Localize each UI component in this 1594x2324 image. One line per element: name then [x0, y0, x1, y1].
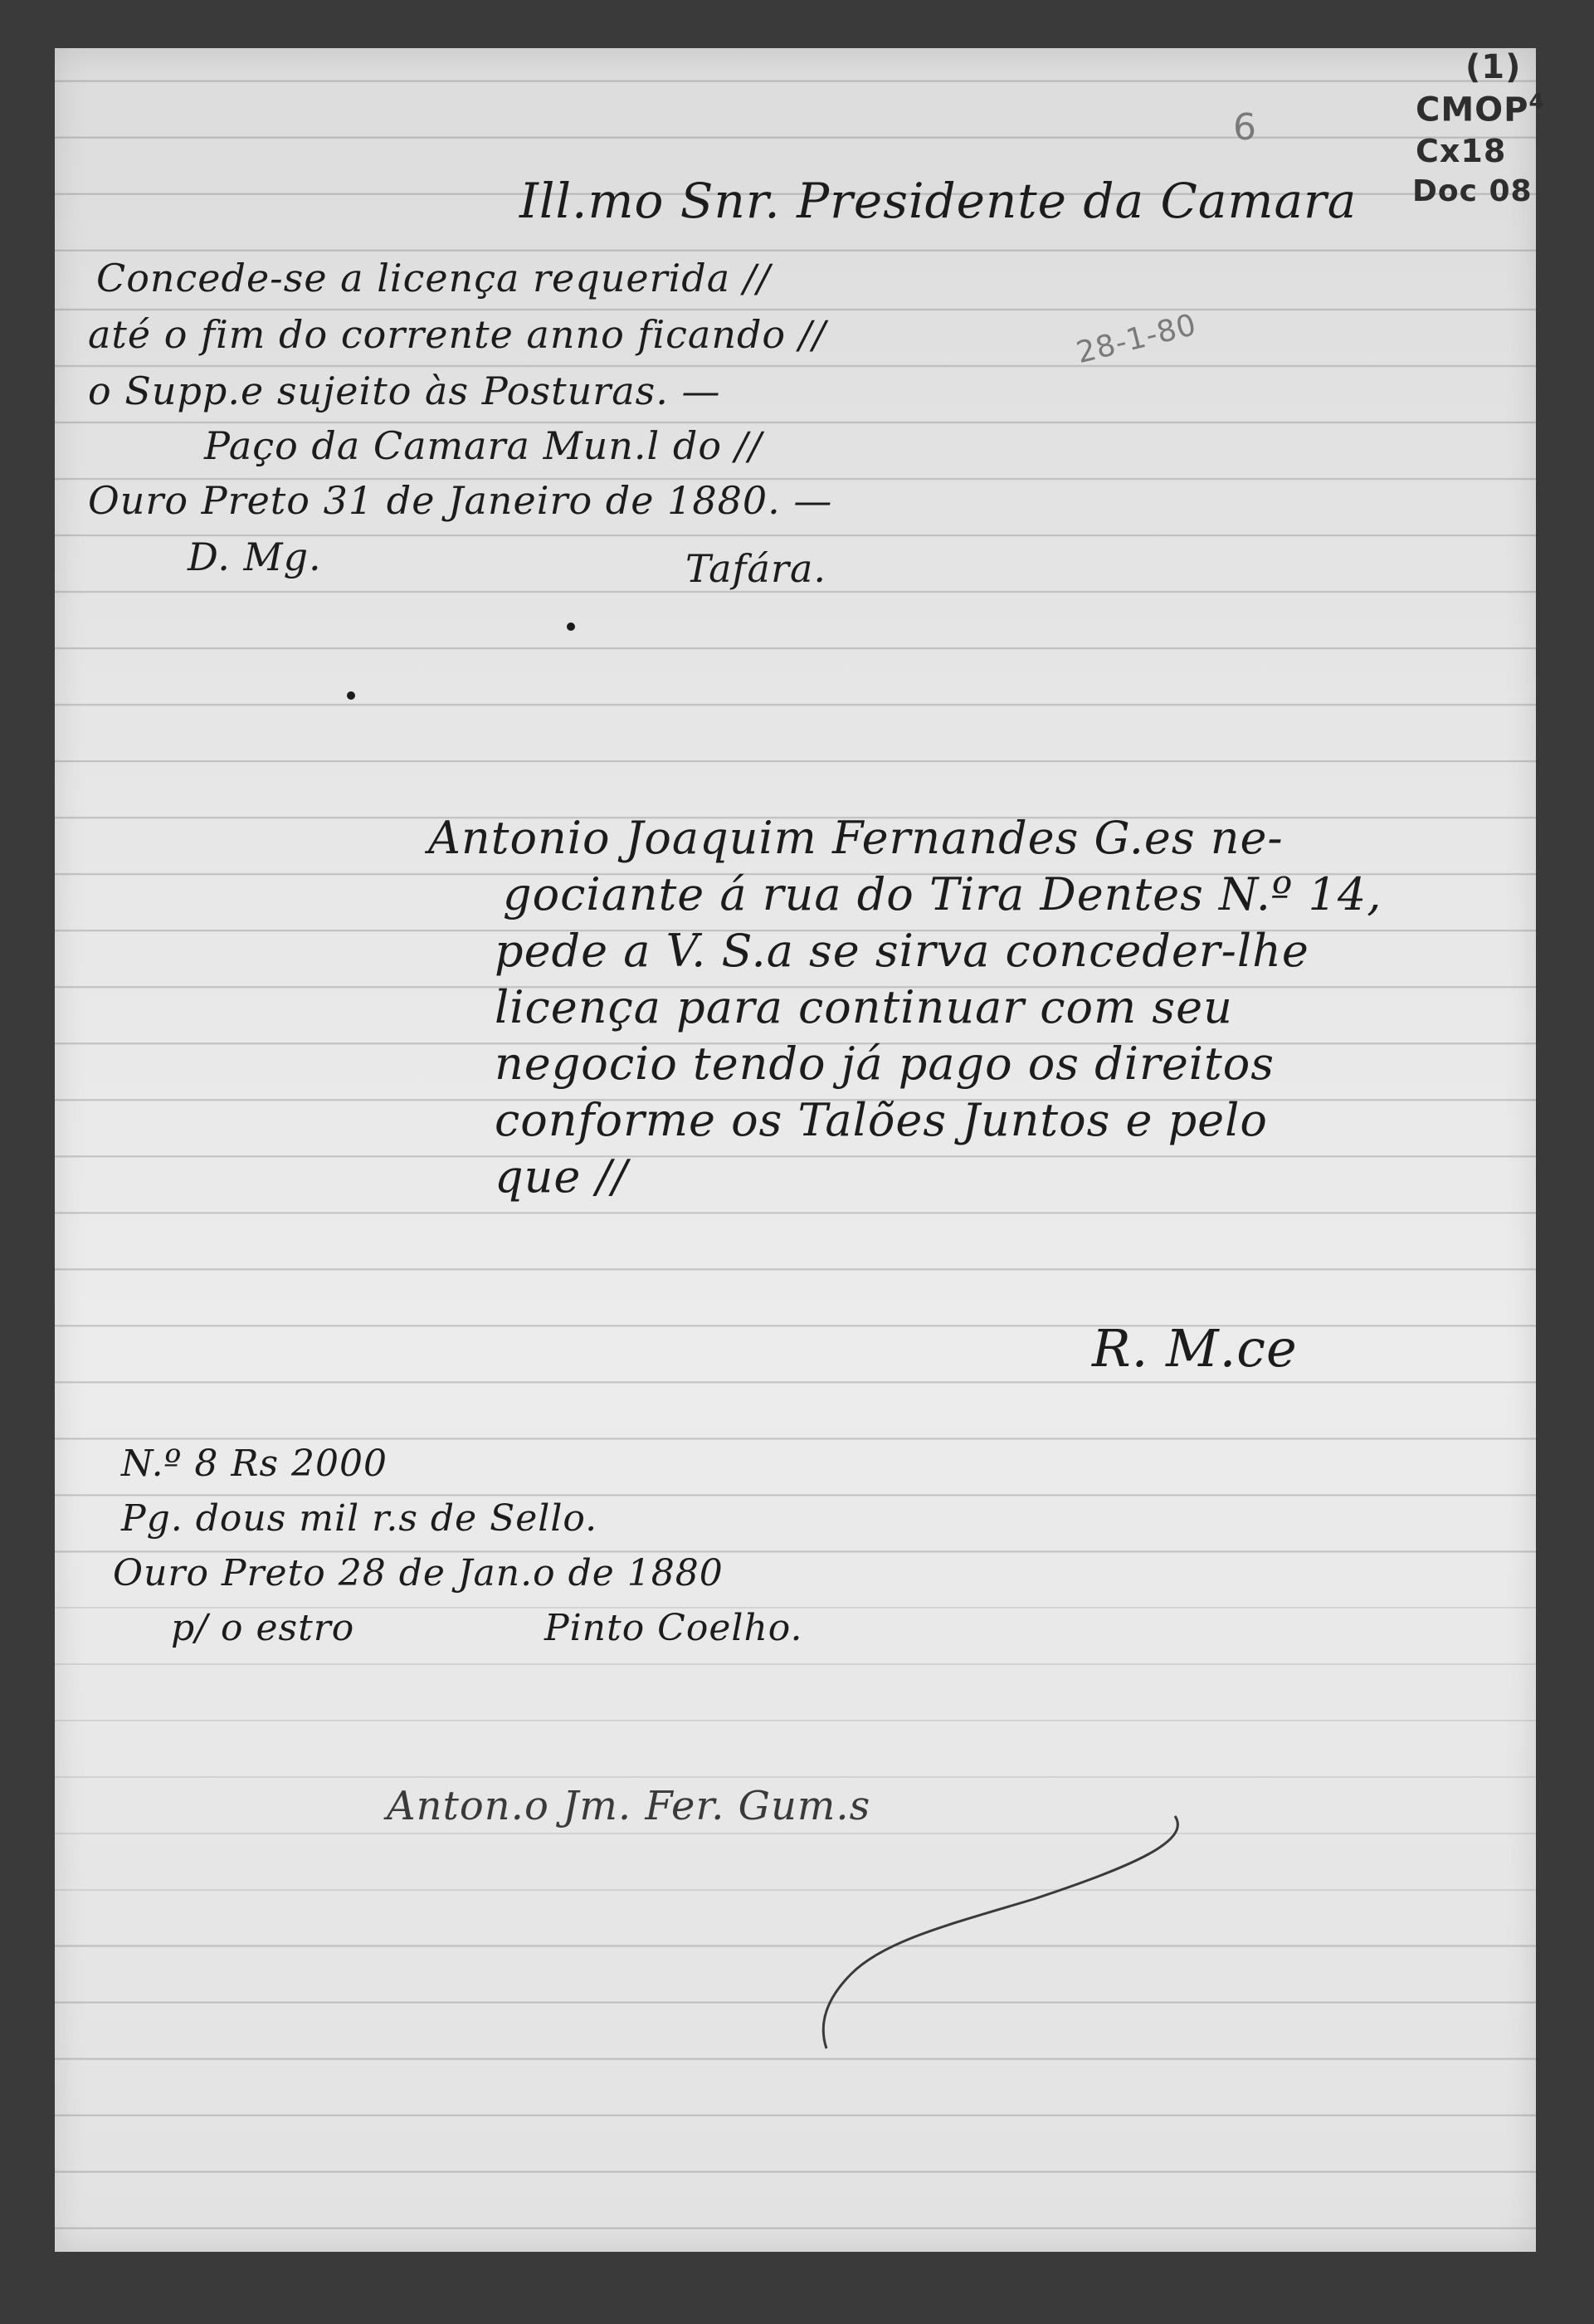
receipt-signature: Pinto Coelho.	[544, 1607, 802, 1649]
receipt-line-3: Ouro Preto 28 de Jan.o de 1880	[113, 1552, 724, 1594]
dispatch-line-5: Ouro Preto 31 de Janeiro de 1880. —	[88, 478, 832, 523]
archive-label-doc: Doc 08	[1412, 174, 1533, 208]
dispatch-signature-2: Tafára.	[685, 546, 826, 591]
petition-line-7: que //	[495, 1150, 628, 1203]
dispatch-line-2: até o fim do corrente anno ficando //	[88, 312, 826, 357]
petition-line-1: Antonio Joaquim Fernandes G.es ne-	[428, 812, 1284, 864]
dispatch-line-1: Concede-se a licença requerida //	[96, 256, 771, 300]
archive-label-box: Cx18	[1416, 133, 1506, 169]
petition-closing: R. M.ce	[1092, 1318, 1298, 1379]
petition-line-4: licença para continuar com seu	[495, 981, 1233, 1033]
archive-label-number: (1)	[1465, 48, 1521, 86]
archive-fund-suffix: 4	[1528, 90, 1544, 115]
salutation: Ill.mo Snr. Presidente da Camara	[519, 173, 1357, 229]
petition-line-6: conforme os Talões Juntos e pelo	[495, 1094, 1268, 1146]
dispatch-signature-1: D. Mg.	[188, 535, 322, 579]
receipt-line-2: Pg. dous mil r.s de Sello.	[121, 1497, 597, 1540]
dispatch-line-4: Paço da Camara Mun.l do //	[204, 423, 763, 468]
ink-dot	[567, 622, 575, 631]
archive-fund-code: CMOP	[1416, 90, 1528, 129]
document-page: (1) CMOP4 Cx18 Doc 08 6 Ill.mo Snr. Pres…	[55, 48, 1536, 2252]
petition-line-3: pede a V. S.a se sirva conceder-lhe	[495, 925, 1309, 977]
petition-line-2: gociante á rua do Tira Dentes N.º 14,	[503, 868, 1382, 920]
receipt-line-1: N.º 8 Rs 2000	[121, 1443, 388, 1485]
receipt-line-4: p/ o estro	[171, 1607, 354, 1649]
archive-label-fund: CMOP4	[1416, 90, 1545, 129]
ink-dot	[347, 691, 355, 700]
dispatch-line-3: o Supp.e sujeito às Posturas. —	[88, 369, 720, 413]
pencil-date-note: 28-1-80	[1073, 308, 1200, 370]
signature-flourish	[785, 1808, 1200, 2057]
page-number: 6	[1233, 106, 1257, 149]
petition-line-5: negocio tendo já pago os direitos	[495, 1037, 1275, 1090]
